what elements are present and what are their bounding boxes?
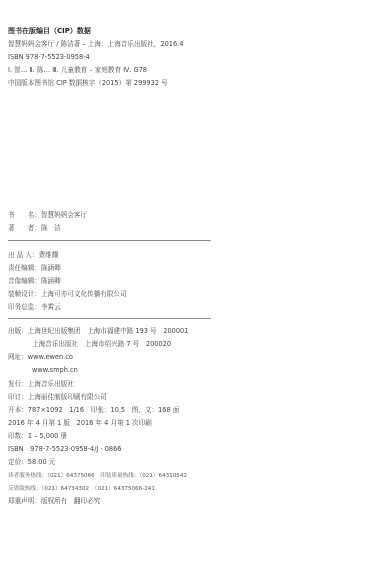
isbn: ISBN 978-7-5523-0958-4/J · 0866 [8,445,121,453]
book-title: 书 名：智慧妈妈会客厅 [8,211,87,219]
price: 定价：58.00 元 [8,458,55,466]
website-line-1: 网址：www.ewen.co [8,353,73,361]
cover-design: 装帧设计：上海可亦可文化传播有限公司 [8,290,127,298]
hotline-1: 读者服务热线：（021）64375066 印装质量热线：（021）6431054… [8,472,187,480]
cip-line-2: ISBN 978-7-5523-0958-4 [8,53,90,61]
divider [8,240,211,241]
print-director: 印务总监：李霄云 [8,303,61,311]
cip-title: 图书在版编目（CIP）数据 [8,27,91,35]
print-run: 印数：1 – 5,000 册 [8,432,67,440]
hotline-2: 反盗版热线：（021）64734302 （021）64375066-241 [8,485,155,493]
av-editor: 音像编辑：陈涵卿 [8,277,61,285]
responsible-editor: 责任编辑：陈涵卿 [8,264,61,272]
publisher-line-2: 上海音乐出版社 上海市绍兴路 7 号 200020 [32,340,171,348]
divider [8,318,211,319]
distributor: 发行：上海音乐出版社 [8,380,74,388]
publisher-line-1: 出版：上海世纪出版集团 上海市福建中路 193 号 200001 [8,327,188,335]
printer: 印订：上海丽佳制版印刷有限公司 [8,393,107,401]
cip-line-1: 智慧妈妈会客厅 / 陈洁著 – 上海：上海音乐出版社，2016.4 [8,40,183,48]
edition: 2016 年 4 月第 1 版 2016 年 4 月第 1 次印刷 [8,419,152,427]
book-author: 著 者：陈 洁 [8,224,61,232]
website-line-2: www.smph.cn [32,366,78,374]
producer: 出 品 人：费维耀 [8,251,58,259]
cip-line-3: Ⅰ. 智… Ⅱ. 陈… Ⅲ. 儿童教育 – 家庭教育 Ⅳ. G78 [8,66,147,74]
format: 开本：787×1092 1/16 印张：10.5 图、文：168 面 [8,406,179,414]
cip-line-4: 中国版本图书馆 CIP 数据核字（2015）第 299932 号 [8,79,168,87]
copyright-notice: 郑重声明：版权所有 翻印必究 [8,497,100,505]
